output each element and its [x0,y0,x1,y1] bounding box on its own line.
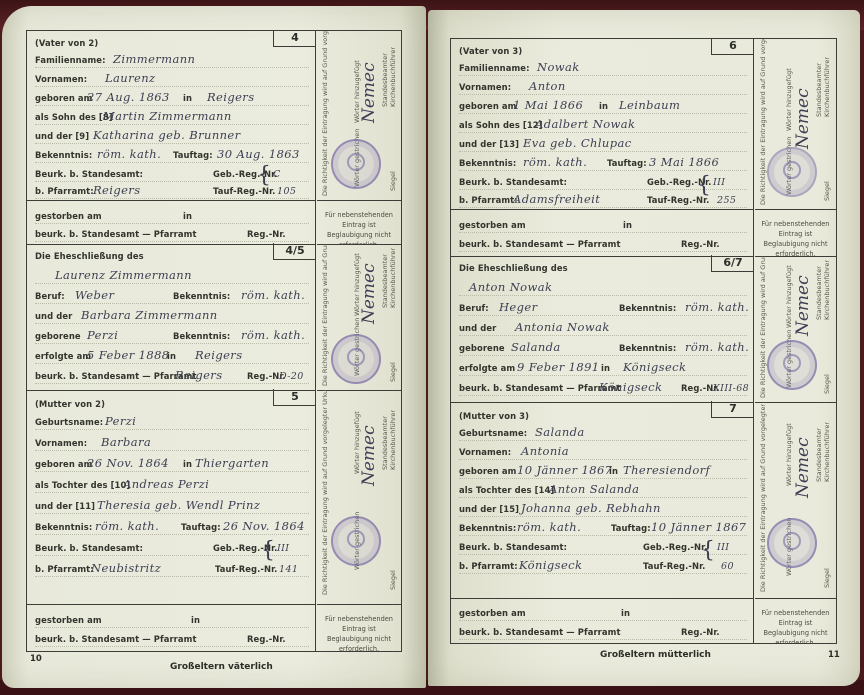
label: geboren am [35,93,93,103]
birth-reg-number: III [717,542,729,553]
official-stamp-icon [331,334,381,384]
mother-name: Katharina geb. Brunner [93,128,241,142]
label: Vornamen: [35,74,87,84]
baptism-date: 3 Mai 1866 [649,155,719,169]
label: Beruf: [35,291,65,301]
label: Bekenntnis: [459,523,516,533]
occupation: Heger [499,300,538,314]
parish: Königseck [519,558,582,572]
bride-maiden-name: Salanda [511,340,561,354]
label: Vornamen: [459,82,511,92]
official-stamp-icon [767,518,817,568]
baptism-date: 30 Aug. 1863 [217,147,300,161]
seal-label: Siegel [823,568,831,588]
official-signature: Nemec [359,263,379,324]
left-certification-column: Die Richtigkeit der Eintragung wird auf … [317,31,401,651]
label: beurk. b. Standesamt — Pfarramt [35,634,197,644]
official-title: Standesbeamter [815,63,823,117]
bride-religion: röm. kath. [241,328,305,342]
not-required-note: Für nebenstehenden Eintrag ist Beglaubig… [321,614,397,651]
parish: Neubistritz [91,561,161,575]
religion: röm. kath. [517,520,581,534]
vornamen-value: Antonia [521,444,569,458]
father-section: 4 (Vater von 2) Familienname:Zimmermann … [27,31,315,201]
groom-religion: röm. kath. [241,288,305,302]
label: b. Pfarramt: [459,561,518,571]
label: und der [35,311,72,321]
official-title-2: Kirchenbuchführer [389,47,397,107]
birth-name: Salanda [535,425,585,439]
label: in [609,466,618,476]
label: Reg.-Nr. [681,239,720,249]
mother-death-section: gestorben amin beurk. b. Standesamt — Pf… [27,604,315,651]
groom-name: Anton Nowak [469,280,552,294]
bride-religion: röm. kath. [685,340,749,354]
label: beurk. b. Standesamt — Pfarramt [35,371,197,381]
official-title: Standesbeamter [815,266,823,320]
section-header: (Vater von 3) [459,46,522,56]
page-number: 11 [828,650,840,660]
label: Bekenntnis: [619,303,676,313]
label: beurk. b. Standesamt — Pfarramt [459,383,621,393]
label: gestorben am [35,615,102,625]
father-name: Martin Zimmermann [103,109,232,123]
seal-label: Siegel [823,181,831,201]
label: in [601,363,610,373]
marriage-section: 6/7 Die Eheschließung des Anton Nowak Be… [451,256,753,403]
occupation: Weber [75,288,114,302]
birth-reg-number: C [273,169,281,180]
section-header: (Vater von 2) [35,38,98,48]
official-title: Standesbeamter [381,53,389,107]
label: als Sohn des [8] [35,112,113,122]
section-header: Die Eheschließung des [459,263,568,273]
label: b. Pfarramt: [35,186,94,196]
father-name: Anton Salanda [549,482,639,496]
official-signature: Nemec [793,88,813,149]
not-required-box: Für nebenstehenden Eintrag ist Beglaubig… [755,209,836,257]
bride-name: Antonia Nowak [515,320,610,334]
parish: Reigers [93,183,141,197]
groom-name: Laurenz Zimmermann [55,268,192,282]
label: in [183,459,192,469]
vornamen-value: Anton [529,79,566,93]
label: in [621,608,630,618]
baptism-reg-number: 105 [277,186,296,197]
words-added: Wörter hinzugefügt [785,423,793,486]
label: Geburtsname: [459,428,527,438]
section-header: (Mutter von 2) [35,399,105,409]
label: Bekenntnis: [459,158,516,168]
baptism-reg-number: 141 [279,564,298,575]
certification-text: Die Richtigkeit der Eintragung wird auf … [321,244,329,386]
label: Vornamen: [459,447,511,457]
certification-text: Die Richtigkeit der Eintragung wird auf … [321,36,329,196]
birth-reg-number: III [277,543,289,554]
not-required-note: Für nebenstehenden Eintrag ist Beglaubig… [759,219,832,257]
birth-place: Theresiendorf [623,463,710,477]
seal-label: Siegel [389,570,397,590]
label: Beurk. b. Standesamt: [459,542,567,552]
label: und der [459,323,496,333]
label: Tauf-Reg.-Nr. [215,564,277,574]
label: Reg.-Nr. [681,627,720,637]
father-name: Adalbert Nowak [535,117,635,131]
official-title-2: Kirchenbuchführer [823,260,831,320]
label: und der [11] [35,501,95,511]
official-title: Standesbeamter [815,428,823,482]
label: Beurk. b. Standesamt: [35,543,143,553]
marriage-place: Reigers [195,348,243,362]
bride-name: Barbara Zimmermann [81,308,218,322]
label: Vornamen: [35,438,87,448]
official-signature: Nemec [359,62,379,123]
marriage-reg-number: D-20 [279,371,304,382]
page-footer-title: Großeltern väterlich [170,662,273,672]
label: und der [13] [459,139,519,149]
seal-label: Siegel [389,171,397,191]
right-page: 6 (Vater von 3) Familienname:Nowak Vorna… [428,10,860,686]
official-signature: Nemec [359,425,379,486]
baptism-reg-number: 60 [721,561,734,572]
bride-maiden-name: Perzi [87,328,118,342]
certification-text: Die Richtigkeit der Eintragung wird auf … [759,39,767,205]
label: geboren am [459,466,517,476]
baptism-date: 10 Jänner 1867 [651,520,746,534]
birth-date: 10 Jänner 1867 [517,463,612,477]
certification-box: Die Richtigkeit der Eintragung wird auf … [317,390,401,605]
label: in [191,615,200,625]
label: geborene [35,331,81,341]
label: in [183,211,192,221]
page-footer-title: Großeltern mütterlich [600,650,711,660]
marriage-place: Königseck [623,360,686,374]
brace: { [697,175,711,197]
left-page: 4 (Vater von 2) Familienname:Zimmermann … [2,6,426,688]
official-title-2: Kirchenbuchführer [389,410,397,470]
certification-text: Die Richtigkeit der Eintragung wird auf … [759,402,767,592]
father-name: Andreas Perzi [123,477,209,491]
official-title: Standesbeamter [381,416,389,470]
label: Reg.-Nr. [247,229,286,239]
mother-death-section: gestorben amin beurk. b. Standesamt — Pf… [451,598,753,643]
official-title-2: Kirchenbuchführer [823,422,831,482]
page-number: 10 [30,654,42,664]
label: erfolgte am [459,363,515,373]
certification-box: Die Richtigkeit der Eintragung wird auf … [755,39,836,210]
official-title-2: Kirchenbuchführer [389,248,397,308]
groom-religion: röm. kath. [685,300,749,314]
mother-name: Eva geb. Chlupac [523,136,632,150]
right-form: 6 (Vater von 3) Familienname:Nowak Vorna… [450,38,837,644]
label: beurk. b. Standesamt — Pfarramt [35,229,197,239]
birth-date: 1 Mai 1866 [513,98,583,112]
label: Beruf: [459,303,489,313]
label: b. Pfarramt: [35,564,94,574]
right-main-column: 6 (Vater von 3) Familienname:Nowak Vorna… [451,39,754,643]
label: Bekenntnis: [35,522,92,532]
label: in [183,93,192,103]
label: in [167,351,176,361]
label: in [623,220,632,230]
mother-section: 5 (Mutter von 2) Geburtsname:Perzi Vorna… [27,390,315,605]
birth-place: Thiergarten [195,456,269,470]
birth-place: Leinbaum [619,98,680,112]
official-stamp-icon [331,139,381,189]
label: geborene [459,343,505,353]
label: beurk. b. Standesamt — Pfarramt [459,239,621,249]
brace: { [701,540,715,562]
certification-text: Die Richtigkeit der Eintragung wird auf … [759,256,767,398]
brace: { [257,165,271,187]
marriage-reg-number: XIII-68 [713,383,749,394]
label: erfolgte am [35,351,91,361]
not-required-box: Für nebenstehenden Eintrag ist Beglaubig… [755,598,836,643]
official-signature: Nemec [793,437,813,498]
father-death-section: gestorben amin beurk. b. Standesamt — Pf… [451,209,753,257]
certification-text: Die Richtigkeit der Eintragung wird auf … [321,390,329,595]
certification-box: Die Richtigkeit der Eintragung wird auf … [317,244,401,391]
birth-reg-number: III [713,177,725,188]
right-certification-column: Die Richtigkeit der Eintragung wird auf … [755,39,836,643]
label: gestorben am [459,220,526,230]
label: gestorben am [459,608,526,618]
label: Bekenntnis: [173,291,230,301]
birth-name: Perzi [105,414,136,428]
vornamen-value: Barbara [101,435,151,449]
certification-box: Die Richtigkeit der Eintragung wird auf … [755,402,836,599]
mother-name: Johanna geb. Rebhahn [521,501,661,515]
label: beurk. b. Standesamt — Pfarramt [459,627,621,637]
marriage-parish: Reigers [175,368,223,382]
label: Tauftag: [181,522,221,532]
birth-date: 26 Nov. 1864 [87,456,169,470]
certification-box: Die Richtigkeit der Eintragung wird auf … [755,256,836,403]
label: Bekenntnis: [619,343,676,353]
official-title: Standesbeamter [381,254,389,308]
label: Tauftag: [173,150,213,160]
label: Bekenntnis: [35,150,92,160]
words-added: Wörter hinzugefügt [785,68,793,131]
label: Reg.-Nr. [247,634,286,644]
not-required-note: Für nebenstehenden Eintrag ist Beglaubig… [321,210,397,245]
label: als Tochter des [10] [35,480,130,490]
label: Tauftag: [611,523,651,533]
left-main-column: 4 (Vater von 2) Familienname:Zimmermann … [27,31,316,651]
brace: { [261,540,275,562]
label: gestorben am [35,211,102,221]
marriage-parish: Königseck [599,380,662,394]
marriage-section: 4/5 Die Eheschließung des Laurenz Zimmer… [27,244,315,391]
label: Beurk. b. Standesamt: [459,177,567,187]
baptism-date: 26 Nov. 1864 [223,519,305,533]
section-header: (Mutter von 3) [459,411,529,421]
marriage-date: 9 Feber 1891 [517,360,600,374]
seal-label: Siegel [823,374,831,394]
seal-label: Siegel [389,362,397,382]
father-section: 6 (Vater von 3) Familienname:Nowak Vorna… [451,39,753,210]
marriage-date: 5 Feber 1888 [87,348,170,362]
familienname-value: Nowak [537,60,580,74]
religion: röm. kath. [97,147,161,161]
not-required-note: Für nebenstehenden Eintrag ist Beglaubig… [759,608,832,643]
label: Geburtsname: [35,417,103,427]
label: Bekenntnis: [173,331,230,341]
religion: röm. kath. [95,519,159,533]
label: Familienname: [35,55,106,65]
not-required-box: Für nebenstehenden Eintrag ist Beglaubig… [317,200,401,245]
official-stamp-icon [767,147,817,197]
official-stamp-icon [331,516,381,566]
father-death-section: gestorben amin beurk. b. Standesamt — Pf… [27,200,315,245]
official-title-2: Kirchenbuchführer [823,57,831,117]
religion: röm. kath. [523,155,587,169]
certification-box: Die Richtigkeit der Eintragung wird auf … [317,31,401,201]
label: als Tochter des [14] [459,485,554,495]
label: geboren am [459,101,517,111]
parish: Adamsfreiheit [513,192,600,206]
label: Tauf-Reg.-Nr. [643,561,705,571]
label: als Sohn des [12] [459,120,543,130]
birth-date: 27 Aug. 1863 [87,90,170,104]
mother-name: Theresia geb. Wendl Prinz [97,498,260,512]
label: Geb.-Reg.-Nr. [643,542,707,552]
label: b. Pfarramt: [459,195,518,205]
not-required-box: Für nebenstehenden Eintrag ist Beglaubig… [317,604,401,651]
label: in [599,101,608,111]
vornamen-value: Laurenz [105,71,155,85]
baptism-reg-number: 255 [717,195,736,206]
label: Tauftag: [607,158,647,168]
section-header: Die Eheschließung des [35,251,144,261]
label: geboren am [35,459,93,469]
left-form: 4 (Vater von 2) Familienname:Zimmermann … [26,30,402,652]
label: Beurk. b. Standesamt: [35,169,143,179]
mother-section: 7 (Mutter von 3) Geburtsname:Salanda Vor… [451,402,753,599]
official-signature: Nemec [793,275,813,336]
label: und der [9] [35,131,89,141]
label: Familienname: [459,63,530,73]
official-stamp-icon [767,340,817,390]
familienname-value: Zimmermann [113,52,195,66]
words-added: Wörter hinzugefügt [785,265,793,328]
birth-place: Reigers [207,90,255,104]
label: und der [15] [459,504,519,514]
